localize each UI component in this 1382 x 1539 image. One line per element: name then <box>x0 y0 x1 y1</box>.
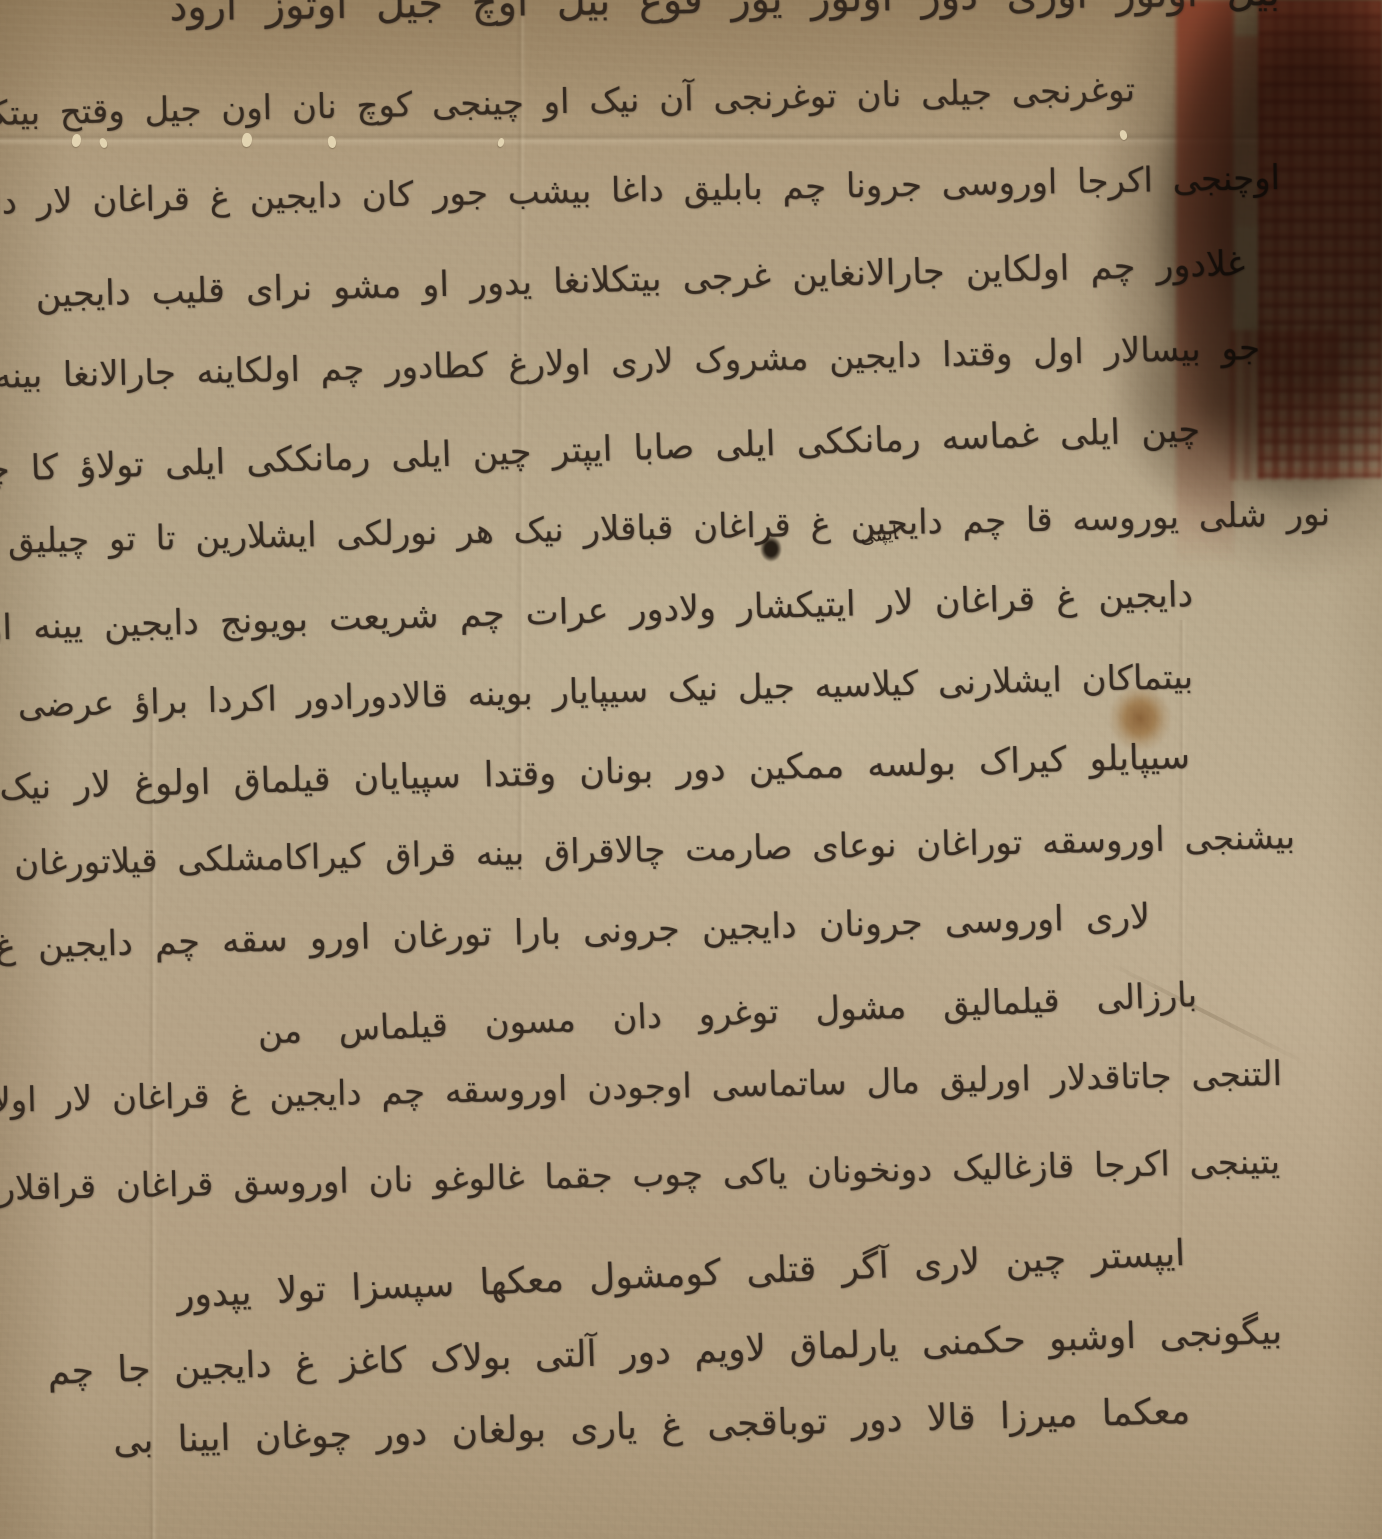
ink-blot <box>760 536 782 562</box>
manuscript-page: بيل اوتوز اوزى دور اوتوز يوز قوع بيل اوچ… <box>0 0 1382 1539</box>
drop-stain <box>1108 684 1172 760</box>
interlinear-insertion: ايپنى <box>859 520 900 550</box>
